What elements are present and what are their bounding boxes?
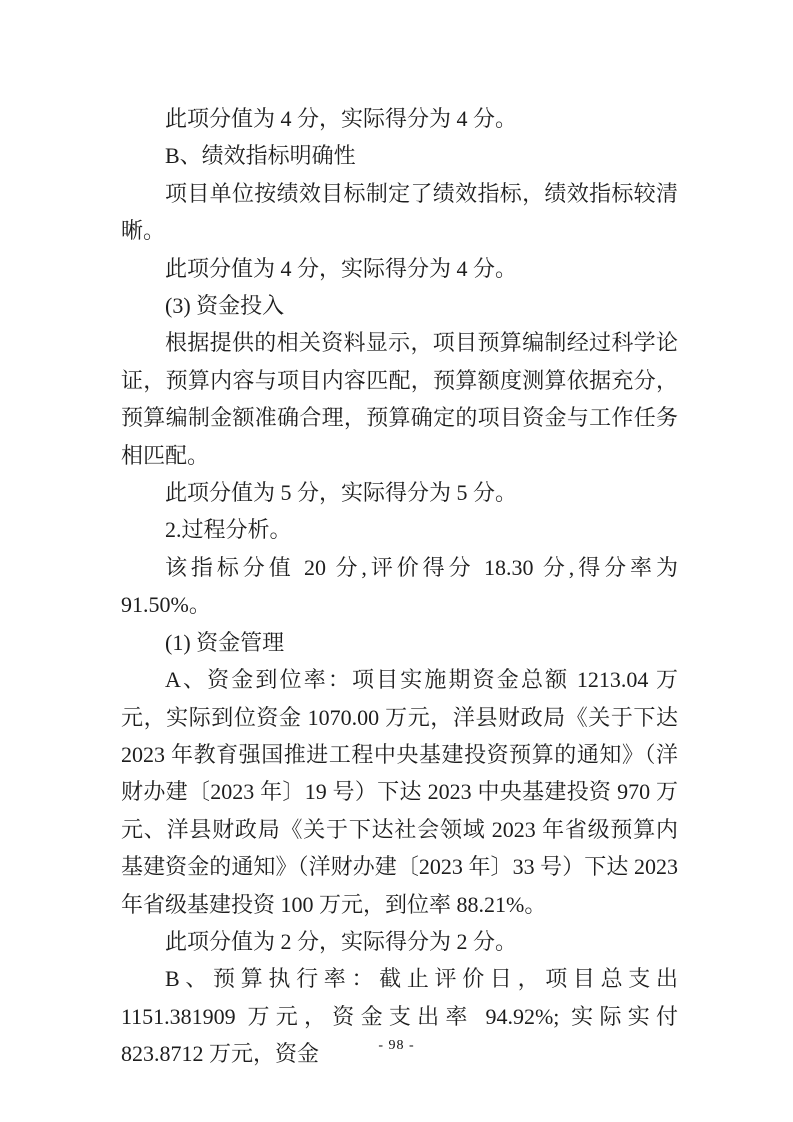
paragraph-score-line-3: 此项分值为 5 分，实际得分为 5 分。 [121,474,678,511]
paragraph-heading-funding-input: (3) 资金投入 [121,287,678,324]
paragraph-heading-process-analysis: 2.过程分析。 [121,511,678,548]
page-number: - 98 - [378,1038,414,1053]
paragraph-heading-fund-management: (1) 资金管理 [121,624,678,661]
paragraph-process-score-summary: 该指标分值 20 分,评价得分 18.30 分,得分率为 91.50%。 [121,549,678,624]
paragraph-score-line-4: 此项分值为 2 分，实际得分为 2 分。 [121,923,678,960]
document-page: 此项分值为 4 分，实际得分为 4 分。 B、绩效指标明确性 项目单位按绩效目标… [0,0,793,1122]
page-body: 此项分值为 4 分，实际得分为 4 分。 B、绩效指标明确性 项目单位按绩效目标… [121,100,678,1073]
paragraph-budget-execution-rate-body: B、预算执行率：截止评价日，项目总支出 1151.381909 万元，资金支出率… [121,960,678,1072]
paragraph-score-line-2: 此项分值为 4 分，实际得分为 4 分。 [121,250,678,287]
paragraph-indicator-clarity-body: 项目单位按绩效目标制定了绩效指标，绩效指标较清晰。 [121,175,678,250]
page-footer: - 98 - [0,1036,793,1054]
paragraph-fund-arrival-rate-body: A、资金到位率：项目实施期资金总额 1213.04 万元，实际到位资金 1070… [121,661,678,923]
paragraph-heading-indicator-clarity: B、绩效指标明确性 [121,137,678,174]
paragraph-score-line-1: 此项分值为 4 分，实际得分为 4 分。 [121,100,678,137]
paragraph-funding-input-body: 根据提供的相关资料显示，项目预算编制经过科学论证，预算内容与项目内容匹配，预算额… [121,324,678,474]
